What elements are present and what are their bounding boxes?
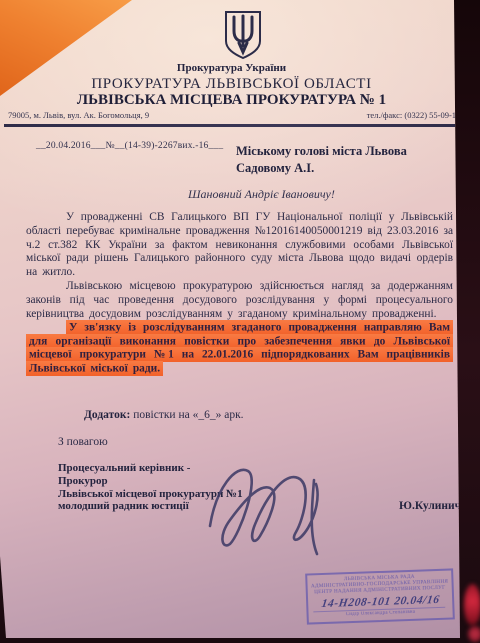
org-name-local: ЛЬВІВСЬКА МІСЦЕВА ПРОКУРАТУРА № 1 xyxy=(0,92,463,109)
closing-phrase: З повагою xyxy=(58,436,108,448)
background-red-object xyxy=(464,584,480,626)
photographed-letter: Прокуратура України ПРОКУРАТУРА ЛЬВІВСЬК… xyxy=(0,0,480,643)
body-paragraph-3: У зв'язку із розслідуванням згаданого пр… xyxy=(26,321,453,376)
letterhead-phone: тел./факс: (0322) 55-09-11 xyxy=(367,110,460,120)
incoming-registration-stamp: ЛЬВІВСЬКА МІСЬКА РАДА АДМІНІСТРАТИВНО-ГО… xyxy=(305,568,455,624)
addressee-block: Міському голові міста Львова Садовому А.… xyxy=(236,143,407,177)
body-paragraph-2: Львівською місцевою прокуратурою здійсню… xyxy=(26,280,453,321)
attachment-text: повістки на «_6_» арк. xyxy=(133,409,243,421)
letter-body: У провадженні СВ Галицького ВП ГУ Націон… xyxy=(26,211,453,377)
salutation: Шановний Андріє Івановичу! xyxy=(188,187,335,202)
addressee-title: Міському голові міста Львова xyxy=(236,143,407,160)
body-paragraph-1: У провадженні СВ Галицького ВП ГУ Націон… xyxy=(26,211,453,280)
handwritten-signature xyxy=(196,448,346,556)
attachment-label: Додаток: xyxy=(84,409,130,421)
background-red-object-small xyxy=(468,626,480,642)
signer-name: Ю.Кулинич xyxy=(399,500,461,512)
highlighted-text: У зв'язку із розслідуванням згаданого пр… xyxy=(26,320,453,376)
ukraine-trident-emblem-icon xyxy=(224,10,262,60)
org-name-oblast: ПРОКУРАТУРА ЛЬВІВСЬКОЇ ОБЛАСТІ xyxy=(0,76,463,93)
org-name-country: Прокуратура України xyxy=(0,62,463,74)
date-and-ref-number: __20.04.2016___№__(14-39)-2267вих.-16___ xyxy=(36,141,223,151)
letterhead-address: 79005, м. Львів, вул. Ак. Богомольця, 9 xyxy=(8,110,149,120)
letterhead-contact-row: 79005, м. Львів, вул. Ак. Богомольця, 9 … xyxy=(8,110,460,120)
addressee-name: Садовому А.І. xyxy=(236,160,407,177)
letter-sheet: Прокуратура України ПРОКУРАТУРА ЛЬВІВСЬК… xyxy=(0,0,463,643)
attachment-line: Додаток: повістки на «_6_» арк. xyxy=(84,409,244,421)
letterhead-divider xyxy=(4,124,468,127)
